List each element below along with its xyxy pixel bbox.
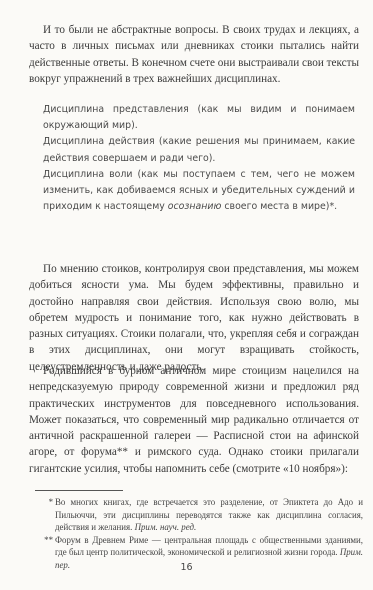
disciplines-list: Дисциплина представления (как мы видим и…: [43, 102, 355, 215]
paragraph-2: По мнению стоиков, контролируя свои пред…: [29, 261, 359, 375]
footnote-text: Во многих книгах, где встречается это ра…: [55, 497, 363, 532]
footnote-divider: [35, 490, 123, 491]
discipline-will-text-end: своего места в мире)*.: [221, 201, 337, 212]
discipline-action: Дисциплина действия (какие решения мы пр…: [43, 134, 355, 166]
page-number: 16: [0, 562, 373, 573]
footnote-text: Форум в Древнем Риме — центральная площа…: [55, 535, 363, 558]
paragraph-3: Родившийся в бурном античном мире стоици…: [29, 363, 359, 477]
discipline-perception: Дисциплина представления (как мы видим и…: [43, 102, 355, 134]
footnotes: *Во многих книгах, где встречается это р…: [43, 496, 363, 572]
discipline-will: Дисциплина воли (как мы поступаем с тем,…: [43, 167, 355, 216]
footnote-1: *Во многих книгах, где встречается это р…: [43, 496, 363, 534]
footnote-mark: **: [43, 534, 53, 547]
footnote-mark: *: [43, 496, 53, 509]
paragraph-1: И то были не абстрактные вопросы. В свои…: [29, 22, 359, 87]
footnote-editor-note: Прим. науч. ред.: [135, 522, 197, 532]
discipline-will-italic: осознанию: [168, 201, 222, 212]
